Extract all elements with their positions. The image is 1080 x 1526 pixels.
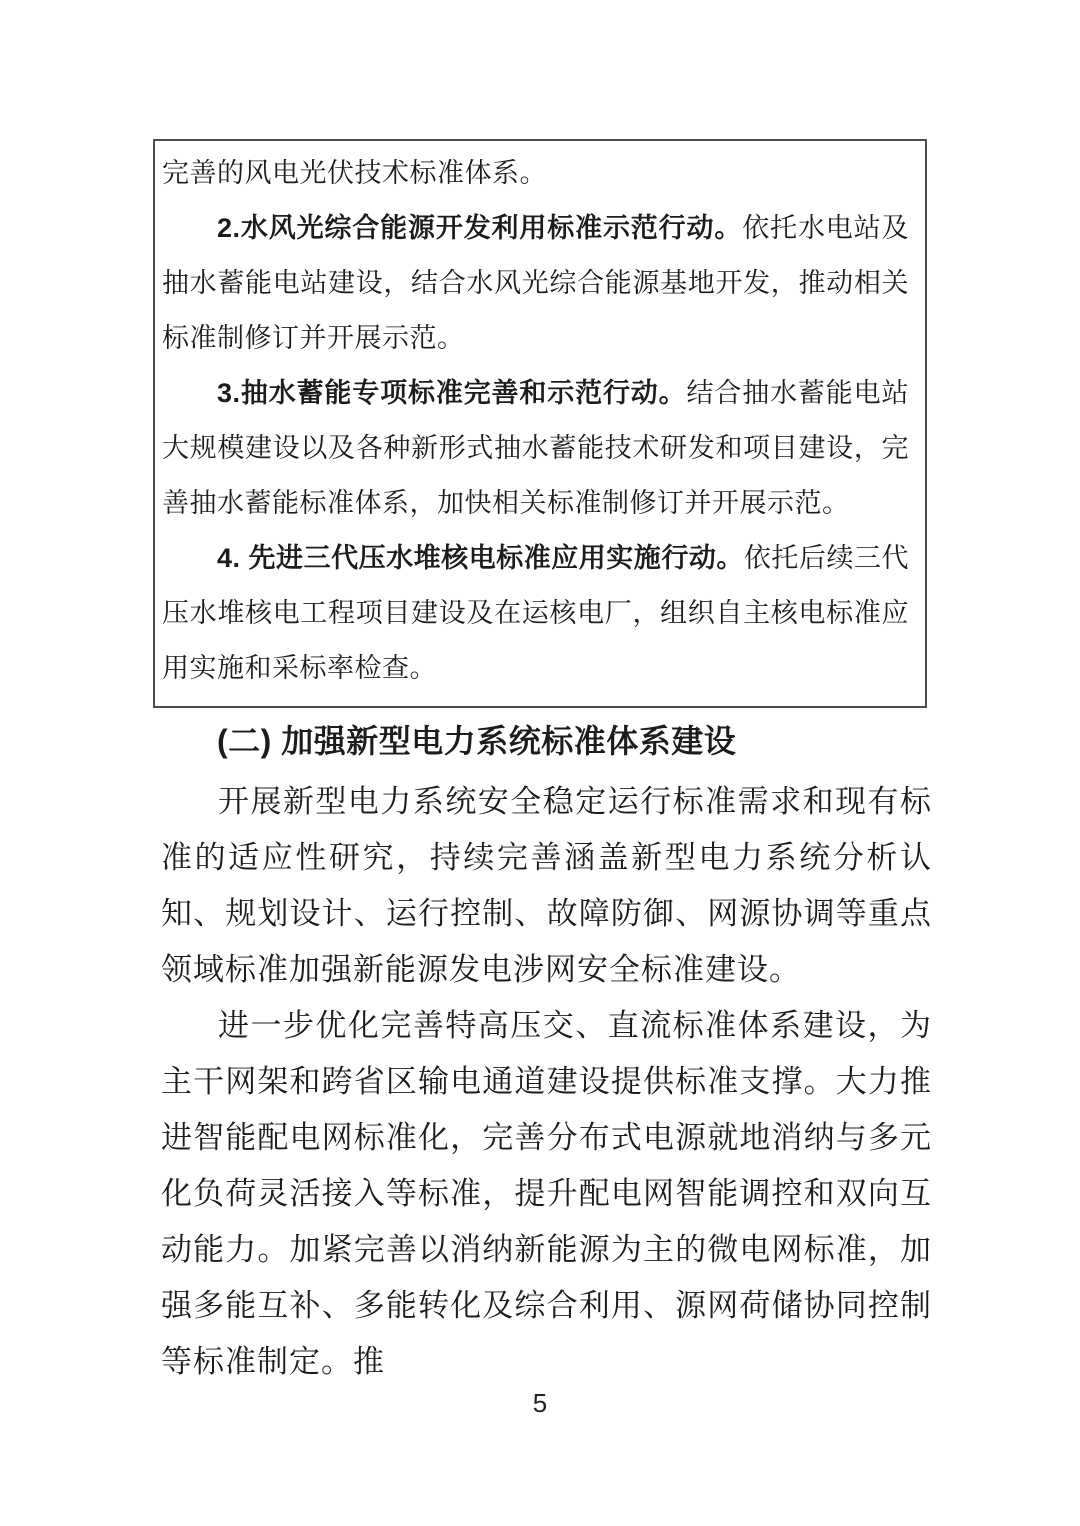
page-number: 5 bbox=[0, 1388, 1080, 1419]
action-item-lead: 2.水风光综合能源开发利用标准示范行动。 bbox=[217, 213, 742, 243]
action-item-lead: 4. 先进三代压水堆核电标准应用实施行动。 bbox=[217, 543, 744, 573]
box-paragraph-action-3: 3.抽水蓄能专项标准完善和示范行动。结合抽水蓄能电站大规模建设以及各种新形式抽水… bbox=[162, 366, 909, 531]
box-paragraph-action-4: 4. 先进三代压水堆核电标准应用实施行动。依托后续三代压水堆核电工程项目建设及在… bbox=[162, 531, 909, 696]
section-heading: (二) 加强新型电力系统标准体系建设 bbox=[161, 708, 932, 774]
body-paragraph-1: 开展新型电力系统安全稳定运行标准需求和现有标准的适应性研究，持续完善涵盖新型电力… bbox=[161, 774, 932, 998]
action-item-lead: 3.抽水蓄能专项标准完善和示范行动。 bbox=[217, 378, 687, 408]
document-page: 完善的风电光伏技术标准体系。 2.水风光综合能源开发利用标准示范行动。依托水电站… bbox=[0, 0, 1080, 1526]
paragraph-text: 完善的风电光伏技术标准体系。 bbox=[162, 158, 547, 188]
box-paragraph-action-2: 2.水风光综合能源开发利用标准示范行动。依托水电站及抽水蓄能电站建设，结合水风光… bbox=[162, 201, 909, 366]
box-paragraph-continuation: 完善的风电光伏技术标准体系。 bbox=[162, 146, 909, 201]
excerpt-box: 完善的风电光伏技术标准体系。 2.水风光综合能源开发利用标准示范行动。依托水电站… bbox=[153, 139, 927, 708]
body-paragraph-2: 进一步优化完善特高压交、直流标准体系建设，为主干网架和跨省区输电通道建设提供标准… bbox=[161, 998, 932, 1390]
section-two: (二) 加强新型电力系统标准体系建设 开展新型电力系统安全稳定运行标准需求和现有… bbox=[161, 708, 932, 1390]
